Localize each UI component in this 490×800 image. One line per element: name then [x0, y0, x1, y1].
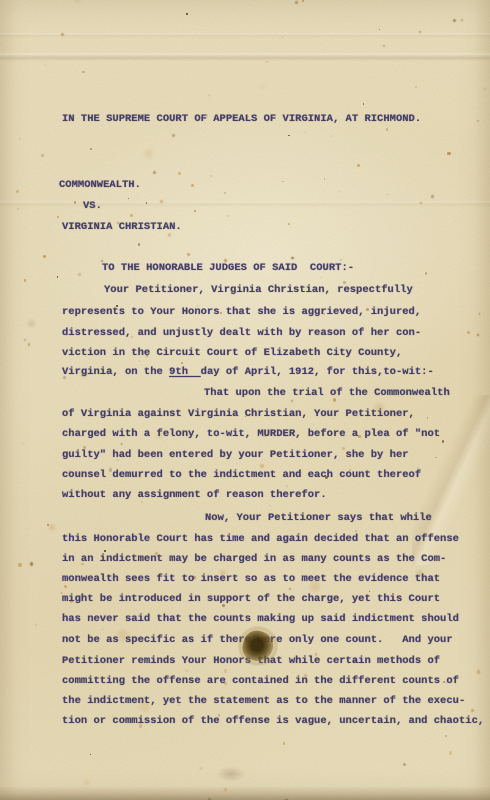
document-line: guilty" had been entered by your Petitio… [62, 449, 409, 462]
party-defendant: VIRGINIA CHRISTIAN. [62, 221, 182, 234]
document-line: in an indictment may be charged in as ma… [62, 553, 446, 566]
document-line: committing the offense are contained in … [62, 675, 459, 688]
document-line: has never said that the counts making up… [62, 613, 459, 626]
party-vs: VS. [83, 200, 102, 213]
party-plaintiff: COMMONWEALTH. [59, 179, 141, 192]
document-line: this Honorable Court has time and again … [62, 533, 459, 546]
court-title: IN THE SUPREME COURT OF APPEALS OF VIRGI… [62, 113, 421, 126]
document-line: Petitioner reminds Your Honors that whil… [62, 655, 440, 668]
document-line: Now, Your Petitioner says that while [205, 512, 432, 525]
document-line: tion or commission of the offense is vag… [62, 715, 484, 728]
document-line: the indictment, yet the statement as to … [62, 695, 465, 708]
document-line: not be as specific as if there were only… [62, 634, 453, 647]
document-line: might be introduced in support of the ch… [62, 593, 440, 606]
salutation: TO THE HONORABLE JUDGES OF SAID COURT:- [102, 262, 354, 275]
document-line: counsel demurred to the indictment and e… [62, 469, 421, 482]
document-line: Your Petitioner, Virginia Christian, res… [104, 284, 413, 297]
document-line: of Virginia against Virginia Christian, … [62, 408, 415, 421]
underlined-text: 9th [169, 366, 201, 378]
document-line: viction in the Circuit Court of Elizabet… [62, 347, 402, 360]
document-line: charged with a felony, to-wit, MURDER, b… [62, 428, 440, 441]
typewritten-text-layer: IN THE SUPREME COURT OF APPEALS OF VIRGI… [0, 0, 490, 800]
document-page: IN THE SUPREME COURT OF APPEALS OF VIRGI… [0, 0, 490, 800]
document-line: Virginia, on the 9th day of April, 1912,… [62, 366, 434, 379]
document-line: distressed, and unjustly dealt with by r… [62, 327, 421, 340]
document-line: represents to Your Honors that she is ag… [62, 306, 421, 319]
document-line: without any assignment of reason therefo… [62, 489, 327, 502]
document-line: That upon the trial of the Commonwealth [204, 387, 450, 400]
document-line: monwealth sees fit to insert so as to me… [62, 573, 440, 586]
